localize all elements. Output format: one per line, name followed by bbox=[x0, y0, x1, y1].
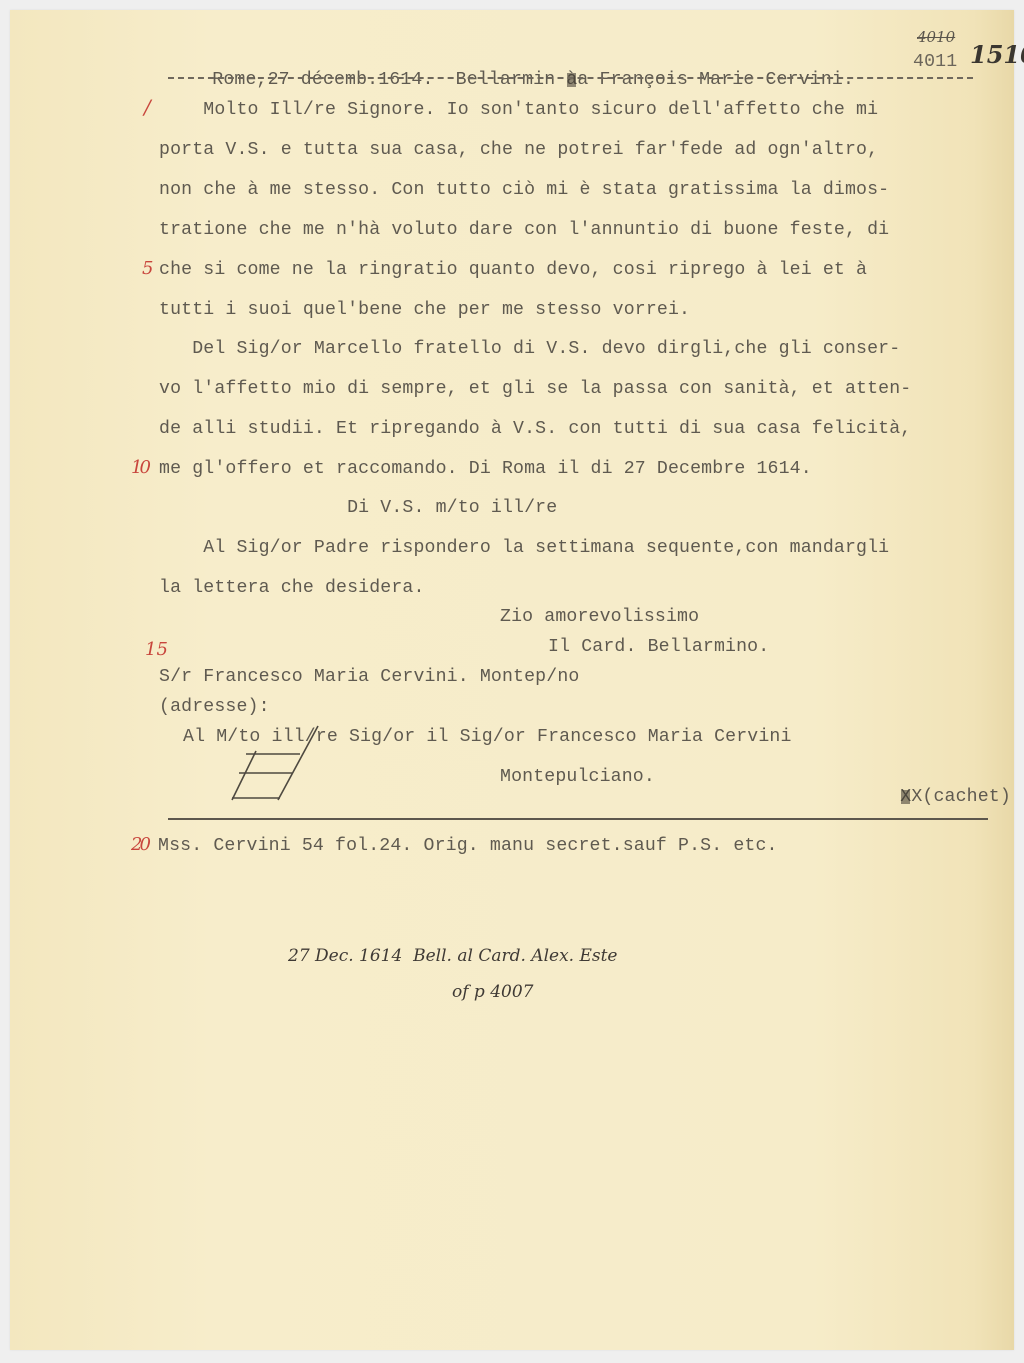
handwritten-note-line-1: 27 Dec. 1614 Bell. al Card. Alex. Este bbox=[288, 946, 618, 966]
source-note: Mss. Cervini 54 fol.24. Orig. manu secre… bbox=[158, 836, 778, 856]
document-page: Rome,27 décemb.1614. Bellarmin àa Franço… bbox=[10, 10, 1014, 1350]
handwritten-note-line-2: of p 4007 bbox=[452, 982, 533, 1002]
footer-divider bbox=[168, 818, 988, 820]
seal-sketch-icon bbox=[10, 10, 1014, 1350]
